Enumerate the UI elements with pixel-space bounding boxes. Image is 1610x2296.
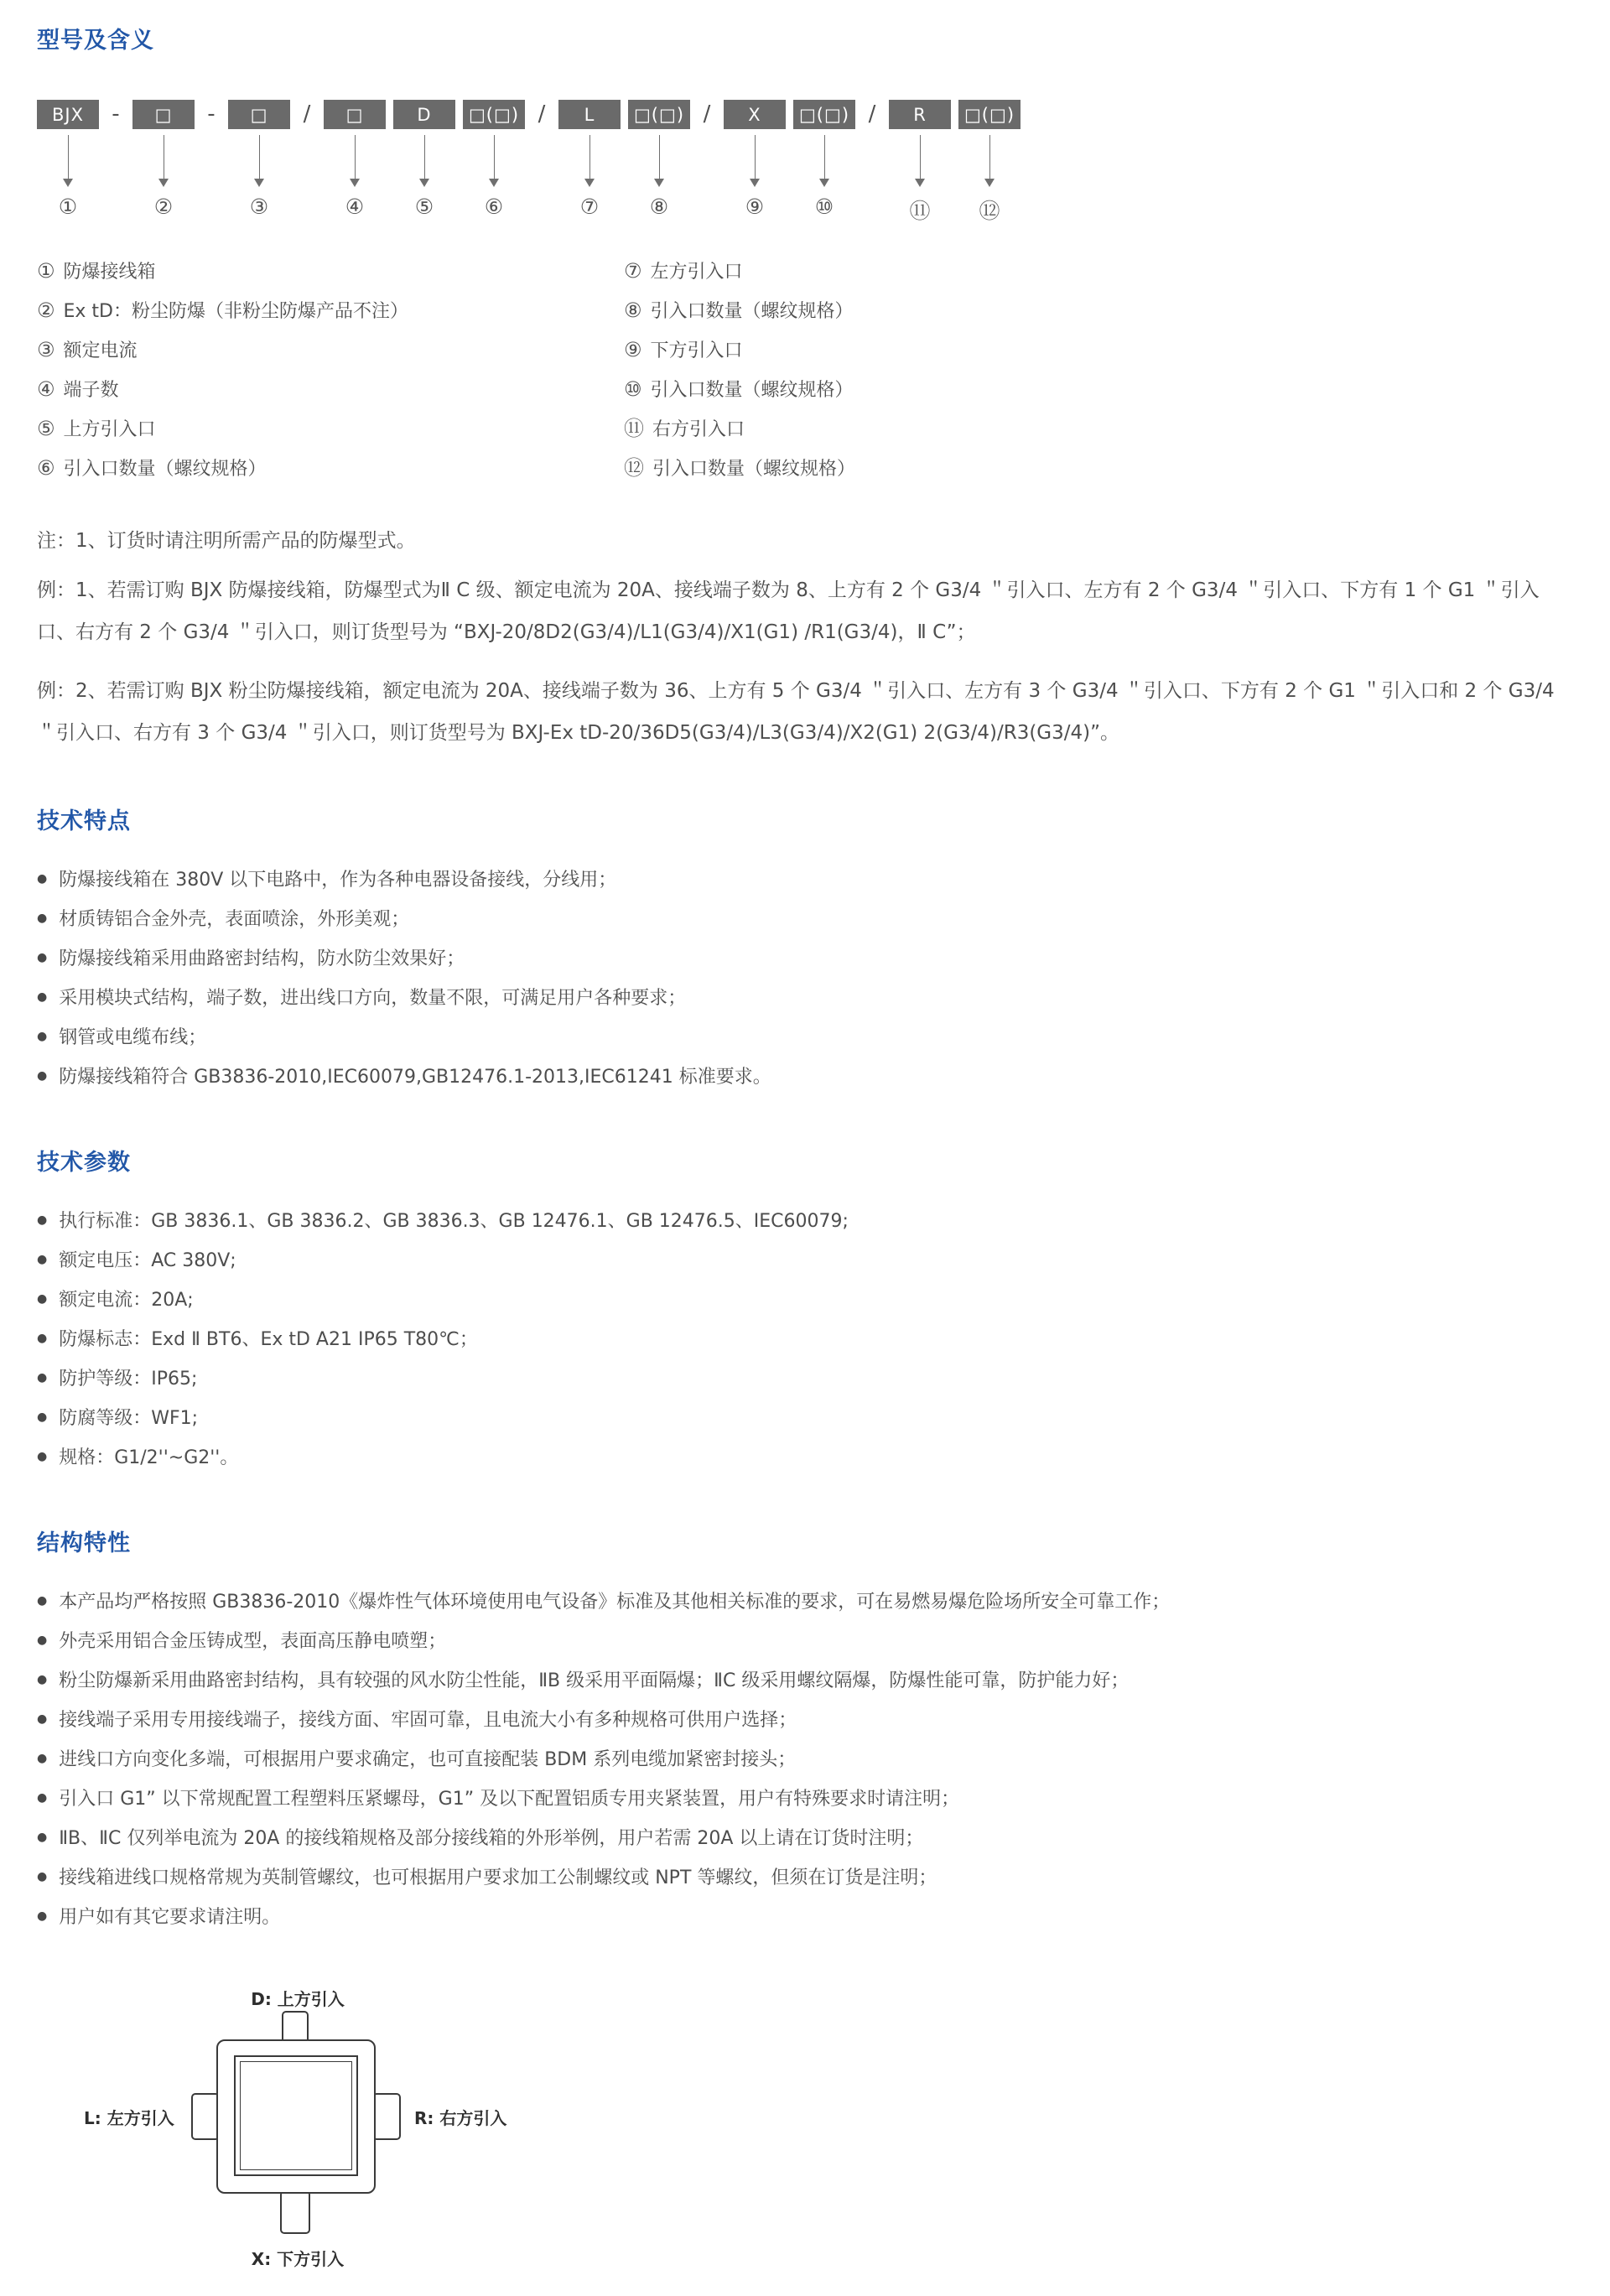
legend-text: 左方引入口 <box>651 262 743 283</box>
param-item: ●防护等级：IP65; <box>37 1358 1576 1397</box>
order-note: 注：1、订货时请注明所需产品的防爆型式。 <box>37 525 1576 553</box>
model-box: □(□) <box>463 100 525 129</box>
legend-text: 端子数 <box>64 380 119 401</box>
model-box: □ <box>228 100 290 129</box>
bullet-icon: ● <box>37 1870 47 1883</box>
circled-number: ⑧ <box>624 299 642 322</box>
model-separator: - <box>202 100 221 129</box>
legend-text: 上方引入口 <box>64 419 156 440</box>
label-top-entry: D: 上方引入 <box>239 1986 356 2010</box>
page-content: 型号及含义 BJX ① - □ ② - □ ③ / □ <box>0 0 1610 2275</box>
circled-number: ④ <box>345 195 364 219</box>
bullet-icon: ● <box>37 1410 47 1424</box>
model-segment: □(□) ⑩ <box>793 100 855 219</box>
bullet-icon: ● <box>37 1332 47 1345</box>
order-example-2: 例：2、若需订购 BJX 粉尘防爆接线箱，额定电流为 20A、接线端子数为 36… <box>37 670 1576 754</box>
model-separator: - <box>106 100 125 129</box>
model-segment: □ ② <box>132 100 195 219</box>
param-text: 防腐等级：WF1; <box>59 1404 198 1430</box>
label-right-entry: R: 右方引入 <box>414 2105 506 2129</box>
section-title-params: 技术参数 <box>37 1144 1576 1177</box>
arrow-down-icon <box>419 135 429 187</box>
feature-text: 防爆接线箱在 380V 以下电路中，作为各种电器设备接线，分线用； <box>59 865 616 891</box>
param-item: ●执行标准：GB 3836.1、GB 3836.2、GB 3836.3、GB 1… <box>37 1200 1576 1239</box>
structure-item: ●粉尘防爆新采用曲路密封结构，具有较强的风水防尘性能，ⅡB 级采用平面隔爆；ⅡC… <box>37 1660 1576 1699</box>
arrow-down-icon <box>654 135 664 187</box>
legend-text: 引入口数量（螺纹规格） <box>651 301 854 322</box>
param-text: 规格：G1/2''~G2''。 <box>59 1443 238 1469</box>
arrow-down-icon <box>254 135 264 187</box>
circled-number: ③ <box>250 195 268 219</box>
features-list: ●防爆接线箱在 380V 以下电路中，作为各种电器设备接线，分线用； ●材质铸铝… <box>37 859 1576 1095</box>
model-box: L <box>558 100 621 129</box>
legend-item: ⑫引入口数量（螺纹规格） <box>624 449 855 488</box>
model-separator: / <box>298 100 316 129</box>
structure-item: ●进线口方向变化多端，可根据用户要求确定，也可直接配装 BDM 系列电缆加紧密封… <box>37 1738 1576 1778</box>
circled-number: ⑧ <box>650 195 668 219</box>
bullet-icon: ● <box>37 1831 47 1844</box>
param-text: 防护等级：IP65; <box>59 1364 197 1390</box>
bullet-icon: ● <box>37 1594 47 1608</box>
structure-text: 进线口方向变化多端，可根据用户要求确定，也可直接配装 BDM 系列电缆加紧密封接… <box>59 1745 796 1771</box>
structure-item: ●ⅡB、ⅡC 仅列举电流为 20A 的接线箱规格及部分接线箱的外形举例，用户若需… <box>37 1817 1576 1857</box>
structure-item: ●引入口 G1” 以下常规配置工程塑料压紧螺母，G1” 及以下配置铝质专用夹紧装… <box>37 1778 1576 1817</box>
arrow-down-icon <box>584 135 595 187</box>
bullet-icon: ● <box>37 1450 47 1463</box>
section-tech-params: 技术参数 ●执行标准：GB 3836.1、GB 3836.2、GB 3836.3… <box>37 1144 1576 1476</box>
label-bottom-entry: X: 下方引入 <box>239 2246 356 2270</box>
circled-number: ③ <box>37 338 55 361</box>
circled-number: ⑪ <box>909 195 930 225</box>
param-text: 防爆标志：Exd Ⅱ BT6、Ex tD A21 IP65 T80℃； <box>59 1325 478 1351</box>
legend-item: ⑪右方引入口 <box>624 409 855 449</box>
circled-number: ⑫ <box>979 195 1000 225</box>
bullet-icon: ● <box>37 1371 47 1384</box>
model-segment: BJX ① <box>37 100 99 219</box>
model-segment: □(□) ⑫ <box>958 100 1021 225</box>
model-segment: D ⑤ <box>393 100 455 219</box>
structure-item: ●接线箱进线口规格常规为英制管螺纹，也可根据用户要求加工公制螺纹或 NPT 等螺… <box>37 1857 1576 1896</box>
bullet-icon: ● <box>37 1712 47 1726</box>
structure-text: 接线端子采用专用接线端子，接线方面、牢固可靠，且电流大小有多种规格可供用户选择； <box>59 1706 797 1732</box>
legend-text: Ex tD：粉尘防爆（非粉尘防爆产品不注） <box>64 301 408 322</box>
bullet-icon: ● <box>37 1030 47 1043</box>
feature-text: 采用模块式结构，端子数，进出线口方向，数量不限，可满足用户各种要求； <box>59 984 686 1010</box>
legend-column-right: ⑦左方引入口 ⑧引入口数量（螺纹规格） ⑨下方引入口 ⑩引入口数量（螺纹规格） … <box>624 252 855 488</box>
arrow-down-icon <box>750 135 760 187</box>
section-title-model: 型号及含义 <box>37 22 1576 55</box>
bullet-icon: ● <box>37 1909 47 1923</box>
param-text: 额定电流：20A; <box>59 1286 193 1312</box>
arrow-down-icon <box>819 135 829 187</box>
legend-item: ⑤上方引入口 <box>37 409 624 449</box>
legend-item: ⑦左方引入口 <box>624 252 855 291</box>
feature-item: ●采用模块式结构，端子数，进出线口方向，数量不限，可满足用户各种要求； <box>37 977 1576 1016</box>
structure-item: ●外壳采用铝合金压铸成型，表面高压静电喷塑； <box>37 1620 1576 1660</box>
circled-number: ⑦ <box>580 195 599 219</box>
param-item: ●防腐等级：WF1; <box>37 1397 1576 1436</box>
label-left-entry: L: 左方引入 <box>84 2105 174 2129</box>
model-segment: □ ④ <box>324 100 386 219</box>
circled-number: ② <box>37 299 55 322</box>
structure-item: ●用户如有其它要求请注明。 <box>37 1896 1576 1935</box>
arrow-down-icon <box>158 135 169 187</box>
structure-text: 接线箱进线口规格常规为英制管螺纹，也可根据用户要求加工公制螺纹或 NPT 等螺纹… <box>59 1863 937 1889</box>
model-box: □(□) <box>958 100 1021 129</box>
model-segment: □ ③ <box>228 100 290 219</box>
circled-number: ⑨ <box>624 338 642 361</box>
circled-number: ⑥ <box>485 195 503 219</box>
feature-text: 材质铸铝合金外壳，表面喷涂，外形美观； <box>59 905 409 931</box>
entry-direction-diagram: D: 上方引入 L: 左方引入 R: 右方引入 X: 下方引入 <box>84 1986 621 2275</box>
circled-number: ⑤ <box>37 417 55 440</box>
left-entry-stub <box>191 2093 220 2140</box>
section-tech-features: 技术特点 ●防爆接线箱在 380V 以下电路中，作为各种电器设备接线，分线用； … <box>37 803 1576 1095</box>
legend-text: 引入口数量（螺纹规格） <box>652 459 855 480</box>
param-item: ●防爆标志：Exd Ⅱ BT6、Ex tD A21 IP65 T80℃； <box>37 1318 1576 1358</box>
bullet-icon: ● <box>37 1069 47 1083</box>
structure-text: 本产品均严格按照 GB3836-2010《爆炸性气体环境使用电气设备》标准及其他… <box>59 1587 1170 1613</box>
legend-item: ④端子数 <box>37 370 624 409</box>
model-separator: / <box>532 100 551 129</box>
legend-item: ②Ex tD：粉尘防爆（非粉尘防爆产品不注） <box>37 291 624 330</box>
model-box: □ <box>132 100 195 129</box>
legend-text: 引入口数量（螺纹规格） <box>651 380 854 401</box>
param-text: 执行标准：GB 3836.1、GB 3836.2、GB 3836.3、GB 12… <box>59 1207 849 1233</box>
model-box: □(□) <box>628 100 690 129</box>
section-title-structure: 结构特性 <box>37 1525 1576 1557</box>
circled-number: ② <box>154 195 173 219</box>
model-box: □(□) <box>793 100 855 129</box>
structure-text: ⅡB、ⅡC 仅列举电流为 20A 的接线箱规格及部分接线箱的外形举例，用户若需 … <box>59 1824 923 1850</box>
legend-item: ①防爆接线箱 <box>37 252 624 291</box>
feature-text: 防爆接线箱采用曲路密封结构，防水防尘效果好； <box>59 944 465 970</box>
legend-text: 引入口数量（螺纹规格） <box>64 459 267 480</box>
model-box: D <box>393 100 455 129</box>
model-segment: R ⑪ <box>889 100 951 225</box>
structure-item: ●本产品均严格按照 GB3836-2010《爆炸性气体环境使用电气设备》标准及其… <box>37 1581 1576 1620</box>
param-item: ●额定电压：AC 380V; <box>37 1239 1576 1279</box>
structure-text: 粉尘防爆新采用曲路密封结构，具有较强的风水防尘性能，ⅡB 级采用平面隔爆；ⅡC … <box>59 1666 1129 1692</box>
model-segment: X ⑨ <box>724 100 786 219</box>
feature-item: ●防爆接线箱符合 GB3836-2010,IEC60079,GB12476.1-… <box>37 1056 1576 1095</box>
structure-text: 用户如有其它要求请注明。 <box>59 1903 280 1929</box>
param-item: ●额定电流：20A; <box>37 1279 1576 1318</box>
legend-text: 下方引入口 <box>651 340 743 361</box>
arrow-down-icon <box>63 135 73 187</box>
feature-text: 防爆接线箱符合 GB3836-2010,IEC60079,GB12476.1-2… <box>59 1062 771 1088</box>
circled-number: ⑩ <box>624 377 642 401</box>
model-box: R <box>889 100 951 129</box>
bullet-icon: ● <box>37 872 47 886</box>
bullet-icon: ● <box>37 1752 47 1765</box>
structure-text: 外壳采用铝合金压铸成型，表面高压静电喷塑； <box>59 1627 446 1653</box>
model-separator: / <box>698 100 716 129</box>
model-segment: L ⑦ <box>558 100 621 219</box>
order-example-1: 例：1、若需订购 BJX 防爆接线箱，防爆型式为Ⅱ C 级、额定电流为 20A、… <box>37 569 1576 653</box>
bullet-icon: ● <box>37 990 47 1004</box>
bullet-icon: ● <box>37 951 47 964</box>
circled-number: ⑪ <box>624 417 644 440</box>
feature-item: ●防爆接线箱采用曲路密封结构，防水防尘效果好； <box>37 938 1576 977</box>
legend-item: ⑧引入口数量（螺纹规格） <box>624 291 855 330</box>
arrow-down-icon <box>915 135 925 187</box>
model-box: BJX <box>37 100 99 129</box>
bullet-icon: ● <box>37 1634 47 1647</box>
bullet-icon: ● <box>37 1673 47 1686</box>
arrow-down-icon <box>489 135 499 187</box>
bullet-icon: ● <box>37 1253 47 1266</box>
model-segment: □(□) ⑧ <box>628 100 690 219</box>
structure-item: ●接线端子采用专用接线端子，接线方面、牢固可靠，且电流大小有多种规格可供用户选择… <box>37 1699 1576 1738</box>
right-entry-stub <box>372 2093 401 2140</box>
legend-item: ⑩引入口数量（螺纹规格） <box>624 370 855 409</box>
junction-box-cover <box>234 2055 358 2176</box>
product-spec-page: 型号及含义 BJX ① - □ ② - □ ③ / □ <box>0 0 1610 2296</box>
bullet-icon: ● <box>37 1791 47 1805</box>
model-code-diagram: BJX ① - □ ② - □ ③ / □ ④ D <box>37 100 1576 225</box>
arrow-down-icon <box>984 135 995 187</box>
circled-number: ⑨ <box>745 195 764 219</box>
section-title-features: 技术特点 <box>37 803 1576 835</box>
circled-number: ① <box>59 195 77 219</box>
legend-item: ⑥引入口数量（螺纹规格） <box>37 449 624 488</box>
circled-number: ⑥ <box>37 456 55 480</box>
bullet-icon: ● <box>37 912 47 925</box>
circled-number: ① <box>37 259 55 283</box>
circled-number: ⑦ <box>624 259 642 283</box>
feature-item: ●防爆接线箱在 380V 以下电路中，作为各种电器设备接线，分线用； <box>37 859 1576 898</box>
circled-number: ⑫ <box>624 456 644 480</box>
param-item: ●规格：G1/2''~G2''。 <box>37 1436 1576 1476</box>
arrow-down-icon <box>350 135 360 187</box>
model-box: □ <box>324 100 386 129</box>
model-separator: / <box>863 100 881 129</box>
structure-list: ●本产品均严格按照 GB3836-2010《爆炸性气体环境使用电气设备》标准及其… <box>37 1581 1576 1935</box>
feature-item: ●材质铸铝合金外壳，表面喷涂，外形美观； <box>37 898 1576 938</box>
legend-text: 防爆接线箱 <box>64 262 156 283</box>
feature-item: ●钢管或电缆布线； <box>37 1016 1576 1056</box>
feature-text: 钢管或电缆布线； <box>59 1023 206 1049</box>
legend-text: 右方引入口 <box>652 419 745 440</box>
bullet-icon: ● <box>37 1292 47 1306</box>
legend-column-left: ①防爆接线箱 ②Ex tD：粉尘防爆（非粉尘防爆产品不注） ③额定电流 ④端子数… <box>37 252 624 488</box>
params-list: ●执行标准：GB 3836.1、GB 3836.2、GB 3836.3、GB 1… <box>37 1200 1576 1476</box>
param-text: 额定电压：AC 380V; <box>59 1246 236 1272</box>
junction-box-body <box>216 2039 376 2194</box>
legend-text: 额定电流 <box>64 340 138 361</box>
legend-item: ⑨下方引入口 <box>624 330 855 370</box>
circled-number: ⑩ <box>815 195 834 219</box>
bullet-icon: ● <box>37 1213 47 1227</box>
legend-item: ③额定电流 <box>37 330 624 370</box>
structure-text: 引入口 G1” 以下常规配置工程塑料压紧螺母，G1” 及以下配置铝质专用夹紧装置… <box>59 1784 959 1810</box>
circled-number: ⑤ <box>415 195 434 219</box>
junction-box-cover-inner <box>240 2061 352 2170</box>
bottom-entry-stub <box>280 2190 310 2234</box>
model-legend: ①防爆接线箱 ②Ex tD：粉尘防爆（非粉尘防爆产品不注） ③额定电流 ④端子数… <box>37 252 1576 488</box>
circled-number: ④ <box>37 377 55 401</box>
model-box: X <box>724 100 786 129</box>
model-segment: □(□) ⑥ <box>463 100 525 219</box>
section-structure: 结构特性 ●本产品均严格按照 GB3836-2010《爆炸性气体环境使用电气设备… <box>37 1525 1576 1935</box>
